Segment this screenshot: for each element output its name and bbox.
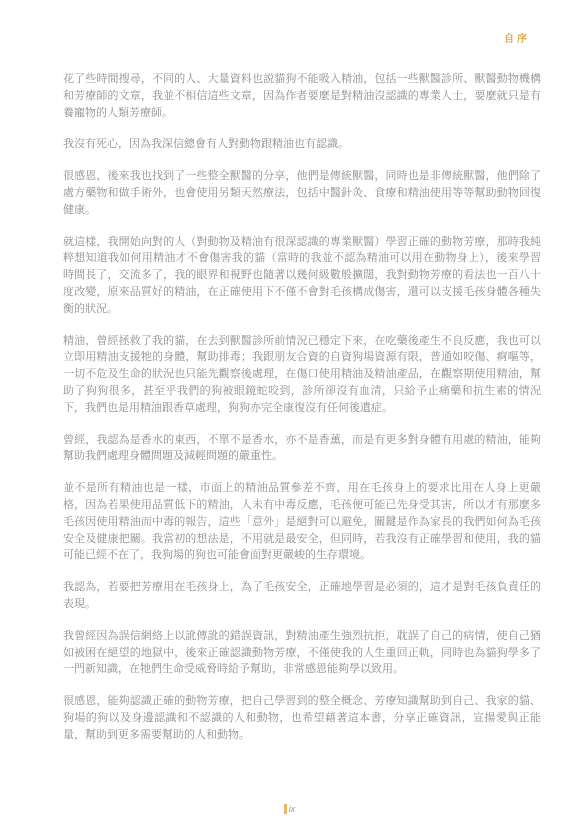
paragraph: 很感恩，能夠認識正確的動物芳療，把自己學習到的整全概念、芳療知識幫助到自己、我家… bbox=[63, 693, 541, 743]
section-title: 自序 bbox=[504, 34, 530, 45]
paragraph: 精油，曾經拯救了我的貓，在去到獸醫診所前情況已穩定下來，在吃藥後產生不良反應，我… bbox=[63, 333, 541, 417]
paragraph: 並不是所有精油也是一樣，市面上的精油品質參差不齊，用在毛孩身上的要求比用在人身上… bbox=[63, 480, 541, 564]
paragraph: 我曾經因為誤信網絡上以訛傳訛的錯誤資訊，對精油產生強烈抗拒，耽誤了自己的病情，使… bbox=[63, 628, 541, 678]
page-header: 自序 bbox=[504, 29, 530, 47]
paragraph: 花了些時間搜尋，不同的人、大量資料也説貓狗不能吸入精油，包括一些獸醫診所、獸醫動… bbox=[63, 71, 541, 121]
page-footer: ix bbox=[0, 799, 579, 817]
page-number: ix bbox=[284, 804, 296, 814]
paragraph: 我認為，若要把芳療用在毛孩身上，為了毛孩安全，正確地學習是必須的，這才是對毛孩負… bbox=[63, 579, 541, 613]
document-page: 自序 花了些時間搜尋，不同的人、大量資料也説貓狗不能吸入精油，包括一些獸醫診所、… bbox=[0, 0, 579, 833]
paragraph: 很感恩，後來我也找到了一些整全獸醫的分享，他們是傳統獸醫，同時也是非傳統獸醫，他… bbox=[63, 168, 541, 218]
document-body: 花了些時間搜尋，不同的人、大量資料也説貓狗不能吸入精油，包括一些獸醫診所、獸醫動… bbox=[63, 71, 541, 759]
paragraph: 就這樣，我開始向對的人（對動物及精油有很深認識的專業獸醫）學習正確的動物芳療，那… bbox=[63, 234, 541, 318]
paragraph: 我沒有死心，因為我深信總會有人對動物跟精油也有認識。 bbox=[63, 136, 541, 153]
paragraph: 曾經，我認為是香水的東西，不單不是香水，亦不是香薰，而是有更多對身體有用處的精油… bbox=[63, 432, 541, 466]
